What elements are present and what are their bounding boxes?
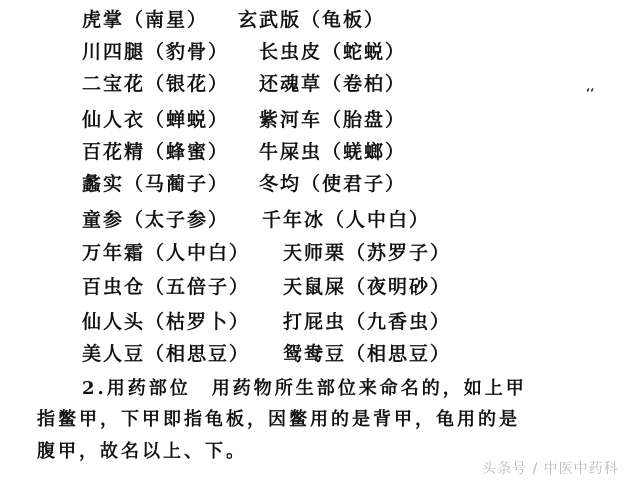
- entry-left: 川四腿（豹骨）: [82, 38, 229, 66]
- entry-right: 打屁虫（九香虫）: [283, 308, 451, 336]
- entry-left: 蠡实（马蔺子）: [82, 170, 229, 198]
- entry-row: 童参（太子参） 千年冰（人中白）: [0, 206, 640, 234]
- entry-right: 牛屎虫（蜣螂）: [259, 138, 406, 166]
- entry-row: 仙人衣（蝉蜕） 紫河车（胎盘）: [0, 106, 640, 134]
- entry-right: 千年冰（人中白）: [262, 206, 430, 234]
- entry-left: 二宝花（银花）: [82, 70, 229, 98]
- entry-row: 川四腿（豹骨） 长虫皮（蛇蜕）: [0, 38, 640, 66]
- entry-left: 童参（太子参）: [82, 206, 229, 234]
- entry-right: 紫河车（胎盘）: [259, 106, 406, 134]
- entry-row: 美人豆（相思豆） 鸳鸯豆（相思豆）: [0, 340, 640, 368]
- stray-mark: ‘‘: [586, 86, 594, 100]
- watermark: 头条号 / 中医中药科: [482, 458, 619, 478]
- entry-right: 天鼠屎（夜明砂）: [283, 273, 451, 301]
- entry-right: 天师栗（苏罗子）: [283, 239, 451, 267]
- entry-left: 百花精（蜂蜜）: [82, 138, 229, 166]
- entry-right: 冬均（使君子）: [259, 170, 406, 198]
- entry-left: 仙人衣（蝉蜕）: [82, 106, 229, 134]
- entry-left: 仙人头（枯罗卜）: [82, 308, 250, 336]
- entry-right: 玄武版（龟板）: [238, 6, 385, 34]
- entry-right: 长虫皮（蛇蜕）: [259, 38, 406, 66]
- entry-row: 蠡实（马蔺子） 冬均（使君子）: [0, 170, 640, 198]
- entry-row: 万年霜（人中白） 天师栗（苏罗子）: [0, 239, 640, 267]
- entry-left: 美人豆（相思豆）: [82, 340, 250, 368]
- entry-right: 鸳鸯豆（相思豆）: [283, 340, 451, 368]
- entry-right: 还魂草（卷柏）: [259, 70, 406, 98]
- section-line-2: 指鳖甲，下甲即指龟板，因鳖用的是背甲，龟用的是: [37, 405, 557, 435]
- entry-row: 虎掌（南星） 玄武版（龟板）: [0, 6, 640, 34]
- section-line-1: 2.用药部位 用药物所生部位来命名的，如上甲: [82, 374, 602, 404]
- entry-row: 百虫仓（五倍子） 天鼠屎（夜明砂）: [0, 273, 640, 301]
- section-line-3: 腹甲，故名以上、下。: [37, 437, 557, 467]
- entry-row: 二宝花（银花） 还魂草（卷柏）: [0, 70, 640, 98]
- entry-left: 万年霜（人中白）: [82, 239, 250, 267]
- entry-left: 百虫仓（五倍子）: [82, 273, 250, 301]
- scanned-page: 虎掌（南星） 玄武版（龟板） 川四腿（豹骨） 长虫皮（蛇蜕） 二宝花（银花） 还…: [0, 0, 640, 489]
- entry-row: 百花精（蜂蜜） 牛屎虫（蜣螂）: [0, 138, 640, 166]
- entry-left: 虎掌（南星）: [82, 6, 208, 34]
- entry-row: 仙人头（枯罗卜） 打屁虫（九香虫）: [0, 308, 640, 336]
